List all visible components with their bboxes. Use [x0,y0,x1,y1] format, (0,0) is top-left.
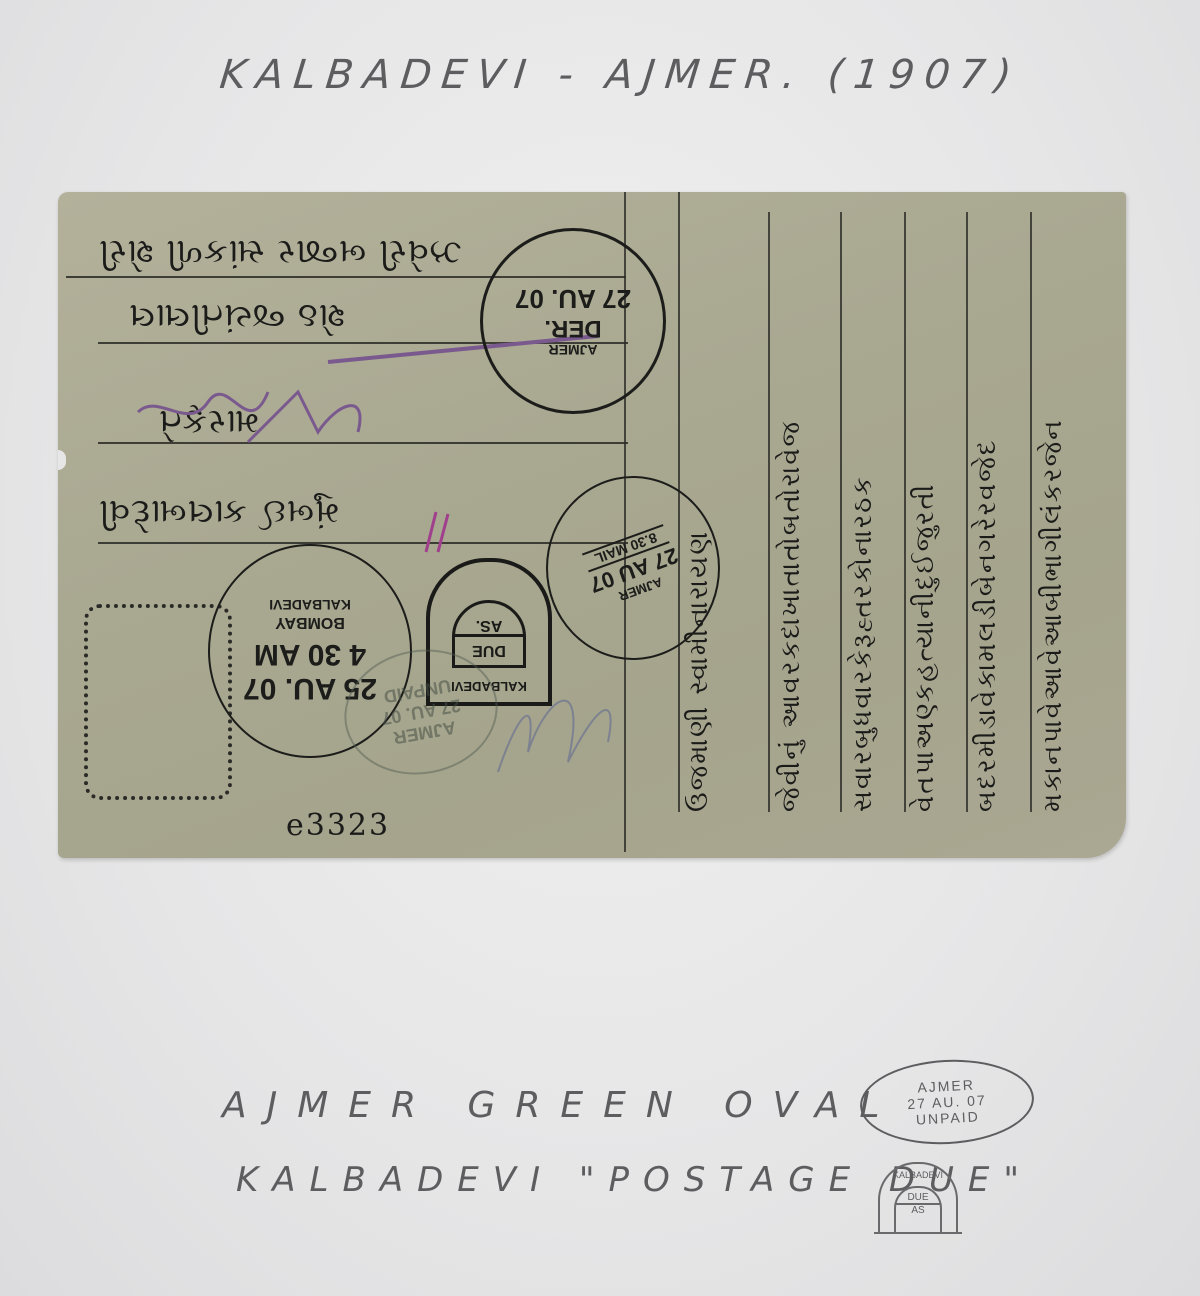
postmark-date: 27 AU. 07 [515,284,631,315]
address-line: મુંબઈ કાલબાદેવી [98,492,339,532]
column-line [1030,212,1032,812]
postcard: ઝવેરી બજાર સાંકળી શેરી શેઠ જયંતીલાલ મારફ… [58,192,1126,858]
ajmer-mail-postmark: AJMER 27 AU 07 8.30 MAIL [546,476,720,660]
pencil-number: e3323 [286,808,390,843]
message-column: જેવીનું આવરકદાખાતાતોબતોરાવેજ [776,212,806,812]
column-line [768,212,770,812]
message-column: વેતપાઅણ્કહત્યાનીદુઈજુરતી [910,212,940,812]
message-column: સવારબુધવારકેરૂહ્તરકોનારઠક [848,212,878,812]
postmark-time: 4 30 AM [254,637,366,671]
sketch-kalbadevi-due: KALBADEVI DUE AS [878,1162,958,1232]
sketch-oval-line: UNPAID [916,1108,981,1127]
card-notch [58,450,66,470]
sketch-due-arc: KALBADEVI [880,1170,956,1180]
postmark-office: AJMER [549,343,598,359]
page-heading: KALBADEVI - AJMER. (1907) [218,52,1024,98]
pencil-scribble [478,652,638,802]
due-amount: AS. [476,616,503,634]
column-line [966,212,968,812]
sketch-due-bottom: AS [896,1205,940,1216]
postmark-office: BOMBAY [275,613,345,631]
address-line: શેઠ જયંતીલાલ [128,296,345,336]
purple-mark [418,502,458,562]
postmark-suboffice: DER. [544,315,601,343]
postmark-suboffice: KALBADEVI [269,597,351,613]
address-line: ઝવેરી બજાર સાંકળી શેરી [98,232,462,272]
ajmer-der-postmark: AJMER DER. 27 AU. 07 [480,228,666,414]
sketch-ajmer-oval: AJMER 27 AU. 07 UNPAID [858,1056,1036,1149]
sketch-due-top: DUE [896,1192,940,1203]
column-line [904,212,906,812]
note-ajmer-green-oval: AJMER GREEN OVAL [222,1085,900,1126]
message-column: મકાનપાવેઆવેઆબીભાગીલંકરજેન [1038,212,1068,812]
column-line [840,212,842,812]
message-column: બદરમીડાવેકામલડીબેનગરેરવજેદ [972,212,1002,812]
